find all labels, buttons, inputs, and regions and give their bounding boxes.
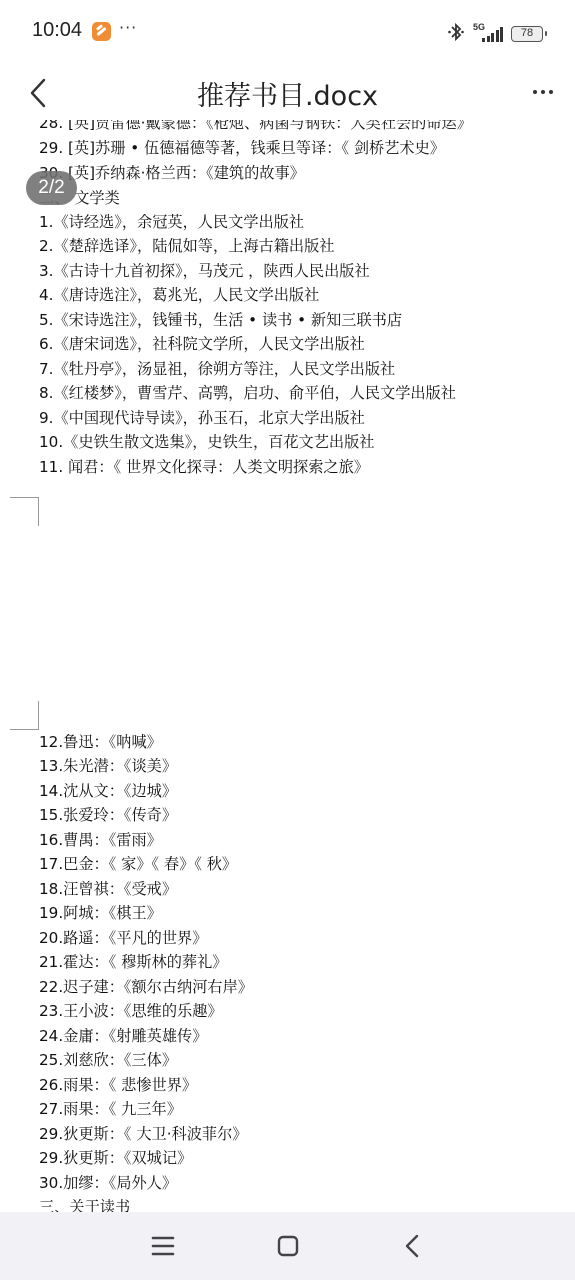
page-corner-mark: [10, 701, 39, 730]
doc-line: 23.王小波：《思维的乐趣》: [39, 1000, 223, 1022]
doc-line: 9.《中国现代诗导读》，孙玉石，北京大学出版社: [39, 407, 365, 429]
home-button[interactable]: [268, 1230, 308, 1262]
home-square-icon: [276, 1234, 300, 1258]
section-heading: 三、关于读书: [39, 1196, 130, 1212]
doc-line: 27.雨果：《 九三年》: [39, 1098, 182, 1120]
doc-line: 16.曹禺：《雷雨》: [39, 829, 162, 851]
doc-line: 20.路遥：《平凡的世界》: [39, 927, 207, 949]
app-header: 推荐书目.docx: [0, 64, 575, 120]
doc-line: 18.汪曾祺：《受戒》: [39, 878, 177, 900]
doc-line: 8.《红楼梦》，曹雪芹、高鹗，启功、俞平伯，人民文学出版社: [39, 382, 456, 404]
status-bar: 10:04 ··· 5G 78: [0, 0, 575, 64]
doc-line: 5.《宋诗选注》，钱锺书，生活 • 读书 • 新知三联书店: [39, 309, 402, 331]
doc-line: 29. [英]苏珊 • 伍德福德等著，钱乘旦等译：《 剑桥艺术史》: [39, 137, 445, 159]
doc-line: 25.刘慈欣：《三体》: [39, 1049, 177, 1071]
bluetooth-icon: [447, 22, 465, 46]
dot-icon: [549, 90, 553, 94]
doc-line: 30. [英]乔纳森·格兰西：《建筑的故事》: [39, 162, 305, 184]
doc-line: 6.《唐宋词选》，社科院文学所，人民文学出版社: [39, 333, 365, 355]
page-corner-mark: [10, 497, 39, 526]
doc-line: 11. 闻君：《 世界文化探寻：人类文明探索之旅》: [39, 456, 369, 478]
doc-line: 7.《牡丹亭》，汤显祖，徐朔方等注，人民文学出版社: [39, 358, 395, 380]
doc-line: 17.巴金：《 家》《 春》《 秋》: [39, 853, 237, 875]
doc-line: 19.阿城：《棋王》: [39, 902, 162, 924]
system-nav-bar: [0, 1212, 575, 1280]
document-title: 推荐书目.docx: [0, 74, 575, 113]
app-notification-icon: [92, 22, 111, 41]
doc-line: 3.《古诗十九首初探》，马茂元 ，陕西人民出版社: [39, 260, 370, 282]
more-notifications-icon: ···: [119, 18, 137, 37]
doc-line: 29.狄更斯：《 大卫·科波菲尔》: [39, 1123, 247, 1145]
doc-line: 24.金庸：《射雕英雄传》: [39, 1025, 207, 1047]
doc-line: 15.张爱玲：《传奇》: [39, 804, 177, 826]
doc-line: 1.《诗经选》，余冠英，人民文学出版社: [39, 211, 304, 233]
doc-line: 21.霍达：《 穆斯林的葬礼》: [39, 951, 227, 973]
doc-line: 14.沈从文：《边城》: [39, 780, 177, 802]
battery-icon: 78: [511, 26, 543, 42]
doc-line: 12.鲁迅：《呐喊》: [39, 731, 162, 753]
doc-line: 2.《楚辞选译》，陆侃如等，上海古籍出版社: [39, 235, 334, 257]
doc-line: 29.狄更斯：《双城记》: [39, 1147, 192, 1169]
status-icons: 5G 78: [447, 22, 543, 46]
system-back-button[interactable]: [392, 1230, 432, 1262]
doc-line: 22.迟子建：《额尔古纳河右岸》: [39, 976, 253, 998]
doc-line: 4.《唐诗选注》，葛兆光，人民文学出版社: [39, 284, 319, 306]
recent-apps-button[interactable]: [143, 1230, 183, 1262]
dot-icon: [541, 90, 545, 94]
doc-line: 13.朱光潜：《谈美》: [39, 755, 177, 777]
menu-icon: [151, 1235, 175, 1257]
more-options-button[interactable]: [525, 78, 561, 106]
document-viewer[interactable]: 28. [英]贾雷德·戴蒙德：《枪炮、病菌与钢铁：人类社会的命运》 29. [英…: [0, 112, 575, 1212]
page-indicator: 2/2: [26, 171, 77, 205]
doc-line: 26.雨果：《 悲惨世界》: [39, 1074, 197, 1096]
doc-line: 30.加缪：《局外人》: [39, 1172, 177, 1194]
chevron-left-icon: [402, 1233, 422, 1259]
cellular-signal-icon: 5G: [473, 25, 503, 43]
status-time: 10:04: [32, 19, 82, 42]
dot-icon: [533, 90, 537, 94]
doc-line: 10.《史铁生散文选集》，史铁生，百花文艺出版社: [39, 431, 375, 453]
